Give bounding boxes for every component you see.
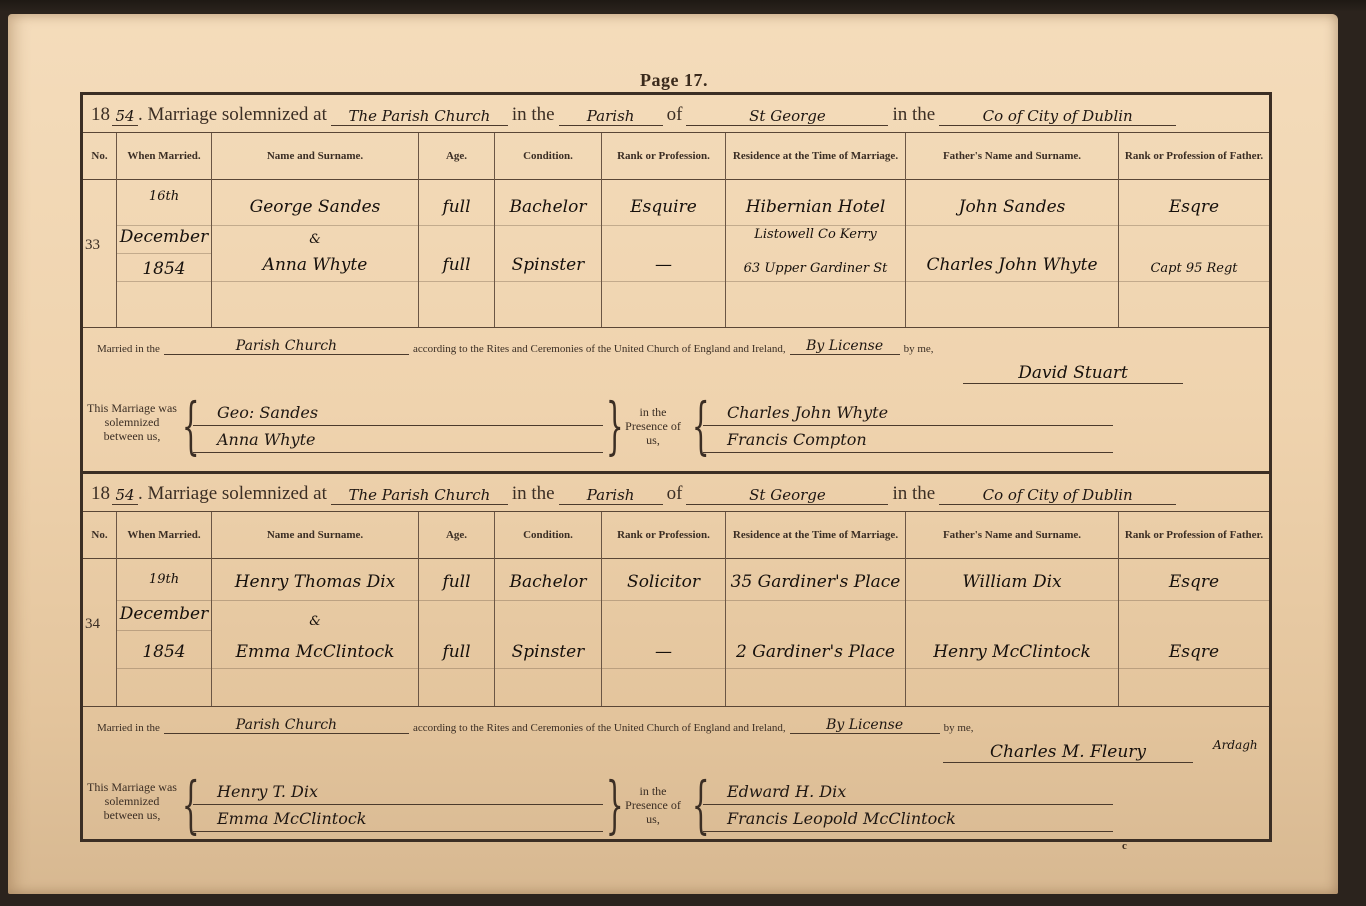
district-name: St George xyxy=(686,107,888,126)
date-month: December xyxy=(117,231,211,243)
header-name: Name and Surname. xyxy=(212,512,419,558)
groom-residence: Hibernian Hotel xyxy=(726,201,905,213)
groom-age: full xyxy=(419,576,494,588)
cell-father: William Dix Henry McClintock xyxy=(906,558,1119,706)
column-headers: No. When Married. Name and Surname. Age.… xyxy=(83,133,1269,180)
bride-rank: — xyxy=(602,259,725,271)
name-connector: & xyxy=(212,234,418,246)
header-residence: Residence at the Time of Marriage. xyxy=(726,133,906,179)
groom-signature: Henry T. Dix xyxy=(193,778,603,805)
bride-residence: 63 Upper Gardiner St xyxy=(726,263,905,275)
header-no: No. xyxy=(83,512,117,558)
by-license: By License xyxy=(790,717,940,734)
cell-no: 33 xyxy=(83,179,117,327)
label-by-me: by me, xyxy=(904,343,934,355)
groom-signature: Geo: Sandes xyxy=(193,399,603,426)
church-name: The Parish Church xyxy=(331,486,508,505)
column-headers: No. When Married. Name and Surname. Age.… xyxy=(83,512,1269,559)
cell-residence: 35 Gardiner's Place 2 Gardiner's Place xyxy=(726,558,906,706)
bride-signature: Emma McClintock xyxy=(193,805,603,832)
county-name: Co of City of Dublin xyxy=(939,107,1176,126)
label-rites: according to the Rites and Ceremonies of… xyxy=(413,343,786,355)
married-in-place: Parish Church xyxy=(164,717,409,734)
label-solemnized-between: This Marriage was solemnized between us, xyxy=(87,780,177,822)
witness-signatures: Charles John Whyte Francis Compton xyxy=(703,399,1113,453)
date-year: 1854 xyxy=(117,646,211,658)
bride-father: Charles John Whyte xyxy=(906,259,1118,271)
district-type: Parish xyxy=(559,107,663,126)
marriage-register-table: 18 54 . Marriage solemnized at The Paris… xyxy=(80,92,1272,842)
entry-data: 33 16th December 1854 George Sandes & An… xyxy=(83,179,1269,328)
groom-condition: Bachelor xyxy=(495,576,601,588)
header-no: No. xyxy=(83,133,117,179)
cell-names: George Sandes & Anna Whyte xyxy=(212,179,419,327)
bride-condition: Spinster xyxy=(495,646,601,658)
bride-father-rank: Capt 95 Regt xyxy=(1119,263,1269,275)
header-name: Name and Surname. xyxy=(212,133,419,179)
label-in-the: in the xyxy=(512,483,555,505)
entry-data: 34 19th December 1854 Henry Thomas Dix &… xyxy=(83,558,1269,707)
year-prefix: 18 xyxy=(91,104,110,126)
officiant-signature: Charles M. Fleury xyxy=(943,742,1193,763)
cell-residence: Hibernian Hotel Listowell Co Kerry 63 Up… xyxy=(726,179,906,327)
header-father-rank: Rank or Profession of Father. xyxy=(1119,512,1269,558)
bride-name: Emma McClintock xyxy=(212,646,418,658)
groom-rank: Esquire xyxy=(602,201,725,213)
cell-father-rank: Esqre Capt 95 Regt xyxy=(1119,179,1269,327)
church-name: The Parish Church xyxy=(331,107,508,126)
groom-condition: Bachelor xyxy=(495,201,601,213)
bride-rank: — xyxy=(602,646,725,658)
married-in-line: Married in the Parish Church according t… xyxy=(83,331,1269,361)
cell-father: John Sandes Charles John Whyte xyxy=(906,179,1119,327)
label-solemnized-at: . Marriage solemnized at xyxy=(138,483,327,505)
groom-residence-extra: Listowell Co Kerry xyxy=(726,229,905,241)
label-in-the-county: in the xyxy=(892,104,935,126)
header-age: Age. xyxy=(419,133,495,179)
cell-rank: Solicitor — xyxy=(602,558,726,706)
bride-age: full xyxy=(419,646,494,658)
groom-father-rank: Esqre xyxy=(1119,576,1269,588)
groom-residence: 35 Gardiner's Place xyxy=(726,576,905,588)
district-name: St George xyxy=(686,486,888,505)
cell-rank: Esquire — xyxy=(602,179,726,327)
groom-rank: Solicitor xyxy=(602,576,725,588)
cell-condition: Bachelor Spinster xyxy=(495,558,602,706)
witness-1-signature: Edward H. Dix xyxy=(703,778,1113,805)
header-when-married: When Married. xyxy=(117,133,212,179)
label-by-me: by me, xyxy=(944,722,974,734)
married-in-place: Parish Church xyxy=(164,338,409,355)
married-in-line: Married in the Parish Church according t… xyxy=(83,710,1269,740)
brace-right: } xyxy=(606,774,624,836)
county-name: Co of City of Dublin xyxy=(939,486,1176,505)
signature-block: This Marriage was solemnized between us,… xyxy=(83,393,1269,463)
bride-signature: Anna Whyte xyxy=(193,426,603,453)
entry-heading: 18 54 . Marriage solemnized at The Paris… xyxy=(83,474,1269,512)
footer-signature-mark: c xyxy=(1122,840,1127,852)
bride-condition: Spinster xyxy=(495,259,601,271)
header-father-name: Father's Name and Surname. xyxy=(906,133,1119,179)
bride-residence: 2 Gardiner's Place xyxy=(726,646,905,658)
year-suffix: 54 xyxy=(112,486,138,505)
witness-2-signature: Francis Leopold McClintock xyxy=(703,805,1113,832)
entry-number: 34 xyxy=(85,618,100,630)
marriage-entry-34: 18 54 . Marriage solemnized at The Paris… xyxy=(83,471,1269,842)
header-rank: Rank or Profession. xyxy=(602,133,726,179)
label-in-the: in the xyxy=(512,104,555,126)
cell-no: 34 xyxy=(83,558,117,706)
groom-name: George Sandes xyxy=(212,201,418,213)
cell-age: full full xyxy=(419,558,495,706)
header-condition: Condition. xyxy=(495,133,602,179)
date-year: 1854 xyxy=(117,263,211,275)
label-solemnized-between: This Marriage was solemnized between us, xyxy=(87,401,177,443)
witness-1-signature: Charles John Whyte xyxy=(703,399,1113,426)
groom-father: John Sandes xyxy=(906,201,1118,213)
couple-signatures: Geo: Sandes Anna Whyte xyxy=(193,399,603,453)
officiant-note: Ardagh xyxy=(1213,738,1258,752)
cell-names: Henry Thomas Dix & Emma McClintock xyxy=(212,558,419,706)
brace-right: } xyxy=(606,395,624,457)
header-condition: Condition. xyxy=(495,512,602,558)
page-number: Page 17. xyxy=(640,70,708,91)
groom-name: Henry Thomas Dix xyxy=(212,576,418,588)
groom-father: William Dix xyxy=(906,576,1118,588)
label-married-in: Married in the xyxy=(97,722,160,734)
cell-condition: Bachelor Spinster xyxy=(495,179,602,327)
label-married-in: Married in the xyxy=(97,343,160,355)
bride-age: full xyxy=(419,259,494,271)
witness-signatures: Edward H. Dix Francis Leopold McClintock xyxy=(703,778,1113,832)
label-solemnized-at: . Marriage solemnized at xyxy=(138,104,327,126)
cell-when: 16th December 1854 xyxy=(117,179,212,327)
cell-father-rank: Esqre Esqre xyxy=(1119,558,1269,706)
signature-block: This Marriage was solemnized between us,… xyxy=(83,772,1269,842)
label-presence: in the Presence of us, xyxy=(623,405,683,447)
groom-age: full xyxy=(419,201,494,213)
date-month: December xyxy=(117,608,211,620)
bride-name: Anna Whyte xyxy=(212,259,418,271)
cell-age: full full xyxy=(419,179,495,327)
couple-signatures: Henry T. Dix Emma McClintock xyxy=(193,778,603,832)
bride-father: Henry McClintock xyxy=(906,646,1118,658)
entry-heading: 18 54 . Marriage solemnized at The Paris… xyxy=(83,95,1269,133)
marriage-entry-33: 18 54 . Marriage solemnized at The Paris… xyxy=(83,95,1269,471)
year-suffix: 54 xyxy=(112,107,138,126)
officiant-signature: David Stuart xyxy=(963,363,1183,384)
header-when-married: When Married. xyxy=(117,512,212,558)
label-rites: according to the Rites and Ceremonies of… xyxy=(413,722,786,734)
by-license: By License xyxy=(790,338,900,355)
date-day: 16th xyxy=(117,191,211,203)
district-type: Parish xyxy=(559,486,663,505)
cell-when: 19th December 1854 xyxy=(117,558,212,706)
header-rank: Rank or Profession. xyxy=(602,512,726,558)
name-connector: & xyxy=(212,616,418,628)
label-presence: in the Presence of us, xyxy=(623,784,683,826)
header-father-name: Father's Name and Surname. xyxy=(906,512,1119,558)
label-of: of xyxy=(667,483,683,505)
bride-father-rank: Esqre xyxy=(1119,646,1269,658)
header-residence: Residence at the Time of Marriage. xyxy=(726,512,906,558)
date-day: 19th xyxy=(117,574,211,586)
label-in-the-county: in the xyxy=(892,483,935,505)
groom-father-rank: Esqre xyxy=(1119,201,1269,213)
header-age: Age. xyxy=(419,512,495,558)
label-of: of xyxy=(667,104,683,126)
entry-number: 33 xyxy=(85,239,100,251)
year-prefix: 18 xyxy=(91,483,110,505)
header-father-rank: Rank or Profession of Father. xyxy=(1119,133,1269,179)
witness-2-signature: Francis Compton xyxy=(703,426,1113,453)
